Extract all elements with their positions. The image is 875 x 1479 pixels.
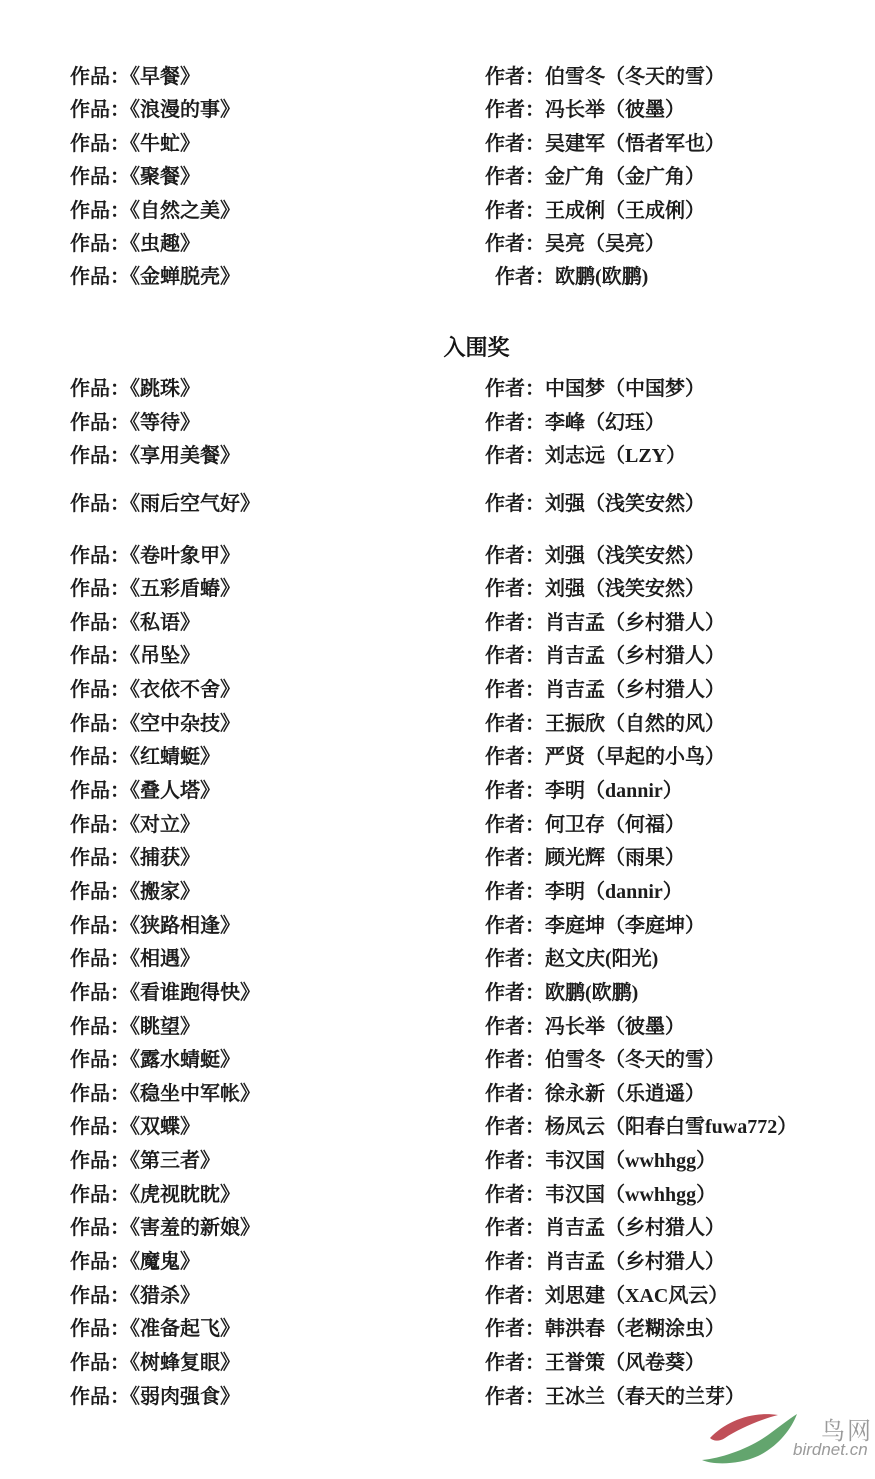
author-name: 李明（dannir） bbox=[545, 780, 683, 802]
work-title: 《虫趣》 bbox=[130, 233, 200, 255]
author-label: 作者： bbox=[495, 266, 555, 288]
author-label: 作者： bbox=[485, 713, 545, 735]
work-cell: 作品：《早餐》 bbox=[70, 61, 200, 94]
author-label: 作者： bbox=[485, 982, 545, 1004]
author-name: 刘强（浅笑安然） bbox=[545, 578, 705, 600]
work-label: 作品： bbox=[70, 1352, 130, 1374]
work-title: 《搬家》 bbox=[130, 881, 200, 903]
author-name: 赵文庆(阳光) bbox=[545, 948, 658, 970]
work-cell: 作品：《虎视眈眈》 bbox=[70, 1179, 240, 1213]
author-cell: 作者：肖吉孟（乡村猎人） bbox=[485, 1212, 725, 1246]
author-name: 韦汉国（wwhhgg） bbox=[545, 1184, 716, 1206]
author-name: 刘强（浅笑安然） bbox=[545, 493, 705, 515]
section-heading: 入围奖 bbox=[39, 333, 875, 363]
author-cell: 作者：刘志远（LZY） bbox=[485, 440, 686, 474]
work-label: 作品： bbox=[70, 378, 130, 400]
author-name: 李明（dannir） bbox=[545, 881, 683, 903]
author-name: 欧鹏(欧鹏) bbox=[545, 982, 638, 1004]
entry-row: 作品：《捕获》作者：顾光辉（雨果） bbox=[0, 842, 875, 876]
work-label: 作品： bbox=[70, 814, 130, 836]
author-name: 伯雪冬（冬天的雪） bbox=[545, 1049, 725, 1071]
work-title: 《享用美餐》 bbox=[130, 445, 240, 467]
work-cell: 作品：《浪漫的事》 bbox=[70, 94, 240, 127]
entry-row: 作品：《叠人塔》作者：李明（dannir） bbox=[0, 775, 875, 809]
work-cell: 作品：《衣依不舍》 bbox=[70, 674, 240, 708]
work-title: 《相遇》 bbox=[130, 948, 200, 970]
author-label: 作者： bbox=[485, 746, 545, 768]
author-label: 作者： bbox=[485, 99, 545, 121]
work-cell: 作品：《害羞的新娘》 bbox=[70, 1212, 260, 1246]
entry-row: 作品：《享用美餐》作者：刘志远（LZY） bbox=[0, 440, 875, 474]
watermark-domain: birdnet.cn bbox=[793, 1440, 868, 1460]
author-cell: 作者：金广角（金广角） bbox=[485, 161, 705, 194]
work-title: 《弱肉强食》 bbox=[130, 1386, 240, 1408]
author-name: 肖吉孟（乡村猎人） bbox=[545, 645, 725, 667]
work-cell: 作品：《稳坐中军帐》 bbox=[70, 1078, 260, 1112]
author-label: 作者： bbox=[485, 200, 545, 222]
author-label: 作者： bbox=[485, 445, 545, 467]
author-label: 作者： bbox=[485, 545, 545, 567]
work-label: 作品： bbox=[70, 1116, 130, 1138]
work-label: 作品： bbox=[70, 233, 130, 255]
author-name: 冯长举（彼墨） bbox=[545, 1016, 685, 1038]
author-name: 肖吉孟（乡村猎人） bbox=[545, 679, 725, 701]
work-cell: 作品：《弱肉强食》 bbox=[70, 1381, 240, 1415]
work-title: 《害羞的新娘》 bbox=[130, 1217, 260, 1239]
author-cell: 作者：刘强（浅笑安然） bbox=[485, 540, 705, 574]
work-label: 作品： bbox=[70, 612, 130, 634]
author-name: 韦汉国（wwhhgg） bbox=[545, 1150, 716, 1172]
entry-row: 作品：《露水蜻蜓》作者：伯雪冬（冬天的雪） bbox=[0, 1044, 875, 1078]
work-label: 作品： bbox=[70, 133, 130, 155]
entry-row: 作品：《虎视眈眈》作者：韦汉国（wwhhgg） bbox=[0, 1179, 875, 1213]
author-cell: 作者：韩洪春（老糊涂虫） bbox=[485, 1313, 725, 1347]
entry-row: 作品：《稳坐中军帐》作者：徐永新（乐逍遥） bbox=[0, 1078, 875, 1112]
entry-row: 作品：《早餐》作者：伯雪冬（冬天的雪） bbox=[0, 61, 875, 94]
work-cell: 作品：《金蝉脱壳》 bbox=[70, 261, 240, 294]
work-cell: 作品：《魔鬼》 bbox=[70, 1246, 200, 1280]
work-title: 《露水蜻蜓》 bbox=[130, 1049, 240, 1071]
author-label: 作者： bbox=[485, 233, 545, 255]
entry-row: 作品：《准备起飞》作者：韩洪春（老糊涂虫） bbox=[0, 1313, 875, 1347]
work-title: 《捕获》 bbox=[130, 847, 200, 869]
entry-row: 作品：《害羞的新娘》作者：肖吉孟（乡村猎人） bbox=[0, 1212, 875, 1246]
work-label: 作品： bbox=[70, 645, 130, 667]
author-cell: 作者：冯长举（彼墨） bbox=[485, 1011, 685, 1045]
author-name: 吴建军（悟者军也） bbox=[545, 133, 725, 155]
work-title: 《自然之美》 bbox=[130, 200, 240, 222]
author-cell: 作者：严贤（早起的小鸟） bbox=[485, 741, 725, 775]
work-cell: 作品：《露水蜻蜓》 bbox=[70, 1044, 240, 1078]
work-label: 作品： bbox=[70, 915, 130, 937]
entry-row: 作品：《第三者》作者：韦汉国（wwhhgg） bbox=[0, 1145, 875, 1179]
author-label: 作者： bbox=[485, 1217, 545, 1239]
author-name: 李峰（幻珏） bbox=[545, 412, 665, 434]
work-title: 《等待》 bbox=[130, 412, 200, 434]
work-cell: 作品：《空中杂技》 bbox=[70, 708, 240, 742]
work-cell: 作品：《捕获》 bbox=[70, 842, 200, 876]
work-title: 《树蜂复眼》 bbox=[130, 1352, 240, 1374]
award-list-top: 作品：《早餐》作者：伯雪冬（冬天的雪）作品：《浪漫的事》作者：冯长举（彼墨）作品… bbox=[0, 61, 875, 295]
entry-row: 作品：《吊坠》作者：肖吉孟（乡村猎人） bbox=[0, 640, 875, 674]
work-label: 作品： bbox=[70, 266, 130, 288]
author-label: 作者： bbox=[485, 1386, 545, 1408]
author-name: 顾光辉（雨果） bbox=[545, 847, 685, 869]
work-title: 《狭路相逢》 bbox=[130, 915, 240, 937]
author-name: 冯长举（彼墨） bbox=[545, 99, 685, 121]
work-label: 作品： bbox=[70, 1150, 130, 1172]
award-list-finalist: 作品：《跳珠》作者：中国梦（中国梦）作品：《等待》作者：李峰（幻珏）作品：《享用… bbox=[0, 373, 875, 1414]
author-label: 作者： bbox=[485, 133, 545, 155]
author-label: 作者： bbox=[485, 1352, 545, 1374]
author-label: 作者： bbox=[485, 166, 545, 188]
work-title: 《吊坠》 bbox=[130, 645, 200, 667]
author-name: 吴亮（吴亮） bbox=[545, 233, 665, 255]
author-cell: 作者：刘强（浅笑安然） bbox=[485, 488, 705, 522]
author-label: 作者： bbox=[485, 378, 545, 400]
work-title: 《稳坐中军帐》 bbox=[130, 1083, 260, 1105]
work-title: 《准备起飞》 bbox=[130, 1318, 240, 1340]
author-cell: 作者：王誉策（风卷葵） bbox=[485, 1347, 705, 1381]
work-title: 《牛虻》 bbox=[130, 133, 200, 155]
work-cell: 作品：《牛虻》 bbox=[70, 128, 200, 161]
entry-row: 作品：《卷叶象甲》作者：刘强（浅笑安然） bbox=[0, 540, 875, 574]
work-cell: 作品：《对立》 bbox=[70, 809, 200, 843]
author-cell: 作者：韦汉国（wwhhgg） bbox=[485, 1179, 716, 1213]
entry-row: 作品：《空中杂技》作者：王振欣（自然的风） bbox=[0, 708, 875, 742]
work-cell: 作品：《卷叶象甲》 bbox=[70, 540, 240, 574]
author-name: 徐永新（乐逍遥） bbox=[545, 1083, 705, 1105]
author-cell: 作者：李庭坤（李庭坤） bbox=[485, 910, 705, 944]
author-name: 王成俐（王成俐） bbox=[545, 200, 705, 222]
author-name: 王振欣（自然的风） bbox=[545, 713, 725, 735]
author-label: 作者： bbox=[485, 1016, 545, 1038]
author-label: 作者： bbox=[485, 948, 545, 970]
work-cell: 作品：《虫趣》 bbox=[70, 228, 200, 261]
work-label: 作品： bbox=[70, 1318, 130, 1340]
author-name: 肖吉孟（乡村猎人） bbox=[545, 1217, 725, 1239]
work-cell: 作品：《准备起飞》 bbox=[70, 1313, 240, 1347]
work-cell: 作品：《相遇》 bbox=[70, 943, 200, 977]
author-cell: 作者：中国梦（中国梦） bbox=[485, 373, 705, 407]
entry-row: 作品：《眺望》作者：冯长举（彼墨） bbox=[0, 1011, 875, 1045]
work-cell: 作品：《享用美餐》 bbox=[70, 440, 240, 474]
work-label: 作品： bbox=[70, 1217, 130, 1239]
author-label: 作者： bbox=[485, 493, 545, 515]
work-label: 作品： bbox=[70, 445, 130, 467]
work-title: 《猎杀》 bbox=[130, 1285, 200, 1307]
work-title: 《魔鬼》 bbox=[130, 1251, 200, 1273]
work-title: 《卷叶象甲》 bbox=[130, 545, 240, 567]
author-label: 作者： bbox=[485, 847, 545, 869]
author-cell: 作者：吴亮（吴亮） bbox=[485, 228, 665, 261]
work-cell: 作品：《等待》 bbox=[70, 407, 200, 441]
author-name: 杨凤云（阳春白雪fuwa772） bbox=[545, 1116, 797, 1138]
work-label: 作品： bbox=[70, 545, 130, 567]
work-title: 《空中杂技》 bbox=[130, 713, 240, 735]
work-label: 作品： bbox=[70, 66, 130, 88]
work-title: 《虎视眈眈》 bbox=[130, 1184, 240, 1206]
author-cell: 作者：肖吉孟（乡村猎人） bbox=[485, 674, 725, 708]
work-label: 作品： bbox=[70, 200, 130, 222]
work-title: 《对立》 bbox=[130, 814, 200, 836]
work-label: 作品： bbox=[70, 1016, 130, 1038]
entry-row: 作品：《看谁跑得快》作者：欧鹏(欧鹏) bbox=[0, 977, 875, 1011]
entry-row: 作品：《狭路相逢》作者：李庭坤（李庭坤） bbox=[0, 910, 875, 944]
work-label: 作品： bbox=[70, 1285, 130, 1307]
work-label: 作品： bbox=[70, 1184, 130, 1206]
work-cell: 作品：《五彩盾蝽》 bbox=[70, 573, 240, 607]
entry-row: 作品：《红蜻蜓》作者：严贤（早起的小鸟） bbox=[0, 741, 875, 775]
author-cell: 作者：伯雪冬（冬天的雪） bbox=[485, 61, 725, 94]
author-label: 作者： bbox=[485, 1184, 545, 1206]
work-title: 《雨后空气好》 bbox=[130, 493, 260, 515]
author-name: 肖吉孟（乡村猎人） bbox=[545, 612, 725, 634]
work-label: 作品： bbox=[70, 713, 130, 735]
author-label: 作者： bbox=[485, 1049, 545, 1071]
author-name: 王誉策（风卷葵） bbox=[545, 1352, 705, 1374]
author-cell: 作者：杨凤云（阳春白雪fuwa772） bbox=[485, 1111, 797, 1145]
author-label: 作者： bbox=[485, 1318, 545, 1340]
work-title: 《第三者》 bbox=[130, 1150, 220, 1172]
work-label: 作品： bbox=[70, 679, 130, 701]
entry-row: 作品：《五彩盾蝽》作者：刘强（浅笑安然） bbox=[0, 573, 875, 607]
author-name: 刘强（浅笑安然） bbox=[545, 545, 705, 567]
author-name: 中国梦（中国梦） bbox=[545, 378, 705, 400]
entry-row: 作品：《浪漫的事》作者：冯长举（彼墨） bbox=[0, 94, 875, 127]
author-label: 作者： bbox=[485, 578, 545, 600]
work-label: 作品： bbox=[70, 780, 130, 802]
author-cell: 作者：何卫存（何福） bbox=[485, 809, 685, 843]
work-title: 《叠人塔》 bbox=[130, 780, 220, 802]
work-label: 作品： bbox=[70, 1386, 130, 1408]
work-cell: 作品：《吊坠》 bbox=[70, 640, 200, 674]
author-cell: 作者：李峰（幻珏） bbox=[485, 407, 665, 441]
entry-row: 作品：《金蝉脱壳》作者：欧鹏(欧鹏) bbox=[0, 261, 875, 294]
entry-row: 作品：《树蜂复眼》作者：王誉策（风卷葵） bbox=[0, 1347, 875, 1381]
author-cell: 作者：李明（dannir） bbox=[485, 775, 683, 809]
work-label: 作品： bbox=[70, 578, 130, 600]
work-cell: 作品：《自然之美》 bbox=[70, 195, 240, 228]
author-cell: 作者：韦汉国（wwhhgg） bbox=[485, 1145, 716, 1179]
work-title: 《红蜻蜓》 bbox=[130, 746, 220, 768]
work-title: 《金蝉脱壳》 bbox=[130, 266, 240, 288]
work-cell: 作品：《红蜻蜓》 bbox=[70, 741, 220, 775]
entry-row: 作品：《双蝶》作者：杨凤云（阳春白雪fuwa772） bbox=[0, 1111, 875, 1145]
work-cell: 作品：《猎杀》 bbox=[70, 1280, 200, 1314]
work-cell: 作品：《狭路相逢》 bbox=[70, 910, 240, 944]
author-name: 何卫存（何福） bbox=[545, 814, 685, 836]
author-cell: 作者：冯长举（彼墨） bbox=[485, 94, 685, 127]
author-label: 作者： bbox=[485, 1116, 545, 1138]
author-label: 作者： bbox=[485, 412, 545, 434]
work-label: 作品： bbox=[70, 847, 130, 869]
author-name: 李庭坤（李庭坤） bbox=[545, 915, 705, 937]
work-label: 作品： bbox=[70, 493, 130, 515]
author-label: 作者： bbox=[485, 881, 545, 903]
author-label: 作者： bbox=[485, 780, 545, 802]
work-title: 《早餐》 bbox=[130, 66, 200, 88]
work-label: 作品： bbox=[70, 1083, 130, 1105]
entry-row: 作品：《牛虻》作者：吴建军（悟者军也） bbox=[0, 128, 875, 161]
birdnet-watermark: 鸟网 birdnet.cn bbox=[700, 1402, 875, 1474]
author-label: 作者： bbox=[485, 1150, 545, 1172]
work-title: 《私语》 bbox=[130, 612, 200, 634]
entry-row: 作品：《虫趣》作者：吴亮（吴亮） bbox=[0, 228, 875, 261]
work-title: 《五彩盾蝽》 bbox=[130, 578, 240, 600]
work-label: 作品： bbox=[70, 1251, 130, 1273]
author-label: 作者： bbox=[485, 1251, 545, 1273]
author-cell: 作者：吴建军（悟者军也） bbox=[485, 128, 725, 161]
entry-row: 作品：《聚餐》作者：金广角（金广角） bbox=[0, 161, 875, 194]
work-title: 《聚餐》 bbox=[130, 166, 200, 188]
author-cell: 作者：刘思建（XAC风云） bbox=[485, 1280, 728, 1314]
author-label: 作者： bbox=[485, 814, 545, 836]
entry-row: 作品：《等待》作者：李峰（幻珏） bbox=[0, 407, 875, 441]
work-title: 《衣依不舍》 bbox=[130, 679, 240, 701]
entry-row: 作品：《搬家》作者：李明（dannir） bbox=[0, 876, 875, 910]
author-name: 欧鹏(欧鹏) bbox=[555, 266, 648, 288]
entry-row: 作品：《相遇》作者：赵文庆(阳光) bbox=[0, 943, 875, 977]
work-title: 《眺望》 bbox=[130, 1016, 200, 1038]
work-label: 作品： bbox=[70, 412, 130, 434]
work-label: 作品： bbox=[70, 982, 130, 1004]
author-label: 作者： bbox=[485, 915, 545, 937]
entry-row: 作品：《衣依不舍》作者：肖吉孟（乡村猎人） bbox=[0, 674, 875, 708]
author-cell: 作者：赵文庆(阳光) bbox=[485, 943, 658, 977]
author-cell: 作者：伯雪冬（冬天的雪） bbox=[485, 1044, 725, 1078]
work-cell: 作品：《第三者》 bbox=[70, 1145, 220, 1179]
work-cell: 作品：《聚餐》 bbox=[70, 161, 200, 194]
document-page: 作品：《早餐》作者：伯雪冬（冬天的雪）作品：《浪漫的事》作者：冯长举（彼墨）作品… bbox=[0, 0, 875, 1479]
author-cell: 作者：欧鹏(欧鹏) bbox=[485, 977, 638, 1011]
author-cell: 作者：李明（dannir） bbox=[485, 876, 683, 910]
author-label: 作者： bbox=[485, 1285, 545, 1307]
author-name: 肖吉孟（乡村猎人） bbox=[545, 1251, 725, 1273]
work-label: 作品： bbox=[70, 948, 130, 970]
author-cell: 作者：欧鹏(欧鹏) bbox=[495, 261, 648, 294]
work-label: 作品： bbox=[70, 881, 130, 903]
work-title: 《看谁跑得快》 bbox=[130, 982, 260, 1004]
work-label: 作品： bbox=[70, 99, 130, 121]
author-cell: 作者：刘强（浅笑安然） bbox=[485, 573, 705, 607]
author-name: 严贤（早起的小鸟） bbox=[545, 746, 725, 768]
author-name: 韩洪春（老糊涂虫） bbox=[545, 1318, 725, 1340]
entry-row: 作品：《猎杀》作者：刘思建（XAC风云） bbox=[0, 1280, 875, 1314]
work-label: 作品： bbox=[70, 1049, 130, 1071]
work-title: 《跳珠》 bbox=[130, 378, 200, 400]
author-label: 作者： bbox=[485, 1083, 545, 1105]
author-cell: 作者：顾光辉（雨果） bbox=[485, 842, 685, 876]
work-cell: 作品：《眺望》 bbox=[70, 1011, 200, 1045]
author-label: 作者： bbox=[485, 645, 545, 667]
author-name: 刘志远（LZY） bbox=[545, 445, 686, 467]
work-cell: 作品：《双蝶》 bbox=[70, 1111, 200, 1145]
work-cell: 作品：《跳珠》 bbox=[70, 373, 200, 407]
entry-row: 作品：《魔鬼》作者：肖吉孟（乡村猎人） bbox=[0, 1246, 875, 1280]
work-title: 《双蝶》 bbox=[130, 1116, 200, 1138]
entry-row: 作品：《对立》作者：何卫存（何福） bbox=[0, 809, 875, 843]
work-label: 作品： bbox=[70, 746, 130, 768]
work-label: 作品： bbox=[70, 166, 130, 188]
author-label: 作者： bbox=[485, 612, 545, 634]
entry-row: 作品：《私语》作者：肖吉孟（乡村猎人） bbox=[0, 607, 875, 641]
work-cell: 作品：《树蜂复眼》 bbox=[70, 1347, 240, 1381]
work-cell: 作品：《叠人塔》 bbox=[70, 775, 220, 809]
author-cell: 作者：肖吉孟（乡村猎人） bbox=[485, 640, 725, 674]
work-cell: 作品：《雨后空气好》 bbox=[70, 488, 260, 522]
author-cell: 作者：肖吉孟（乡村猎人） bbox=[485, 1246, 725, 1280]
work-cell: 作品：《看谁跑得快》 bbox=[70, 977, 260, 1011]
work-title: 《浪漫的事》 bbox=[130, 99, 240, 121]
author-label: 作者： bbox=[485, 66, 545, 88]
entry-row: 作品：《自然之美》作者：王成俐（王成俐） bbox=[0, 195, 875, 228]
author-name: 刘思建（XAC风云） bbox=[545, 1285, 728, 1307]
author-cell: 作者：肖吉孟（乡村猎人） bbox=[485, 607, 725, 641]
entry-row: 作品：《跳珠》作者：中国梦（中国梦） bbox=[0, 373, 875, 407]
author-label: 作者： bbox=[485, 679, 545, 701]
author-name: 金广角（金广角） bbox=[545, 166, 705, 188]
work-cell: 作品：《私语》 bbox=[70, 607, 200, 641]
author-cell: 作者：王成俐（王成俐） bbox=[485, 195, 705, 228]
work-cell: 作品：《搬家》 bbox=[70, 876, 200, 910]
author-cell: 作者：徐永新（乐逍遥） bbox=[485, 1078, 705, 1112]
entry-row: 作品：《雨后空气好》作者：刘强（浅笑安然） bbox=[0, 488, 875, 522]
author-cell: 作者：王振欣（自然的风） bbox=[485, 708, 725, 742]
author-name: 伯雪冬（冬天的雪） bbox=[545, 66, 725, 88]
